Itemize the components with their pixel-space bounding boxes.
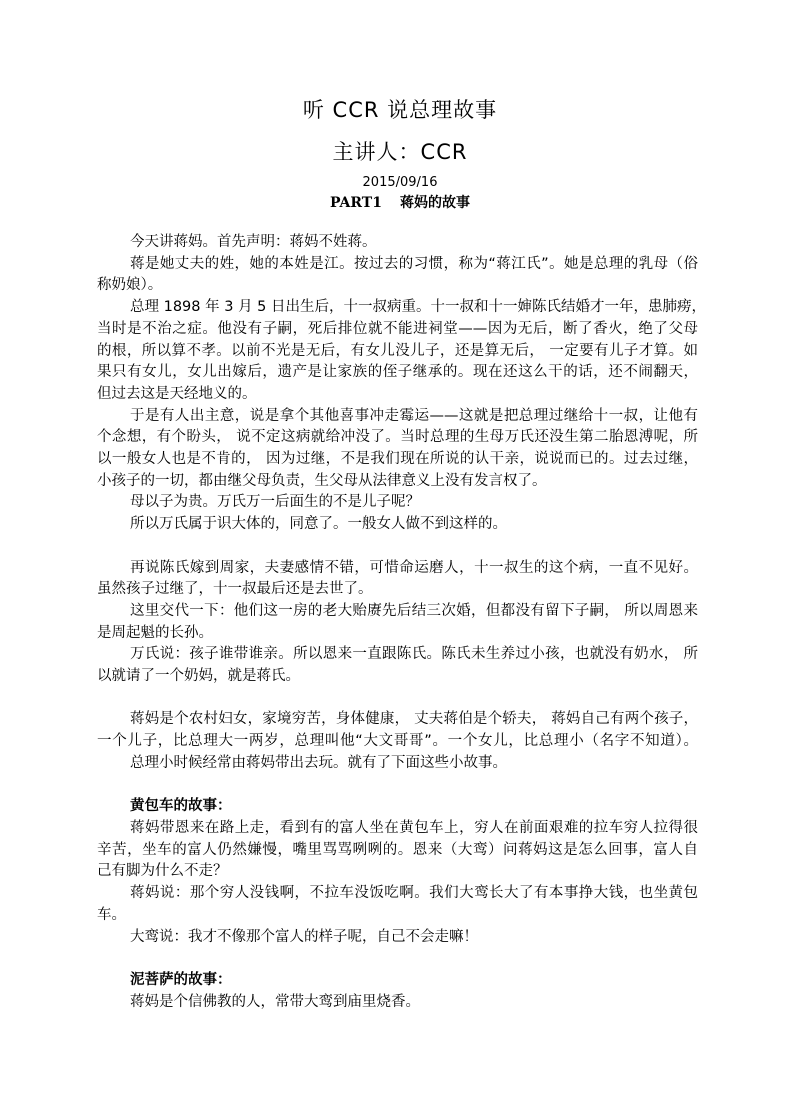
text-line: 一个儿子，比总理大一两岁，总理叫他“大文哥哥”。一个女儿，比总理小（名字不知道）…: [97, 731, 698, 753]
text-line: 今天讲蒋妈。首先声明：蒋妈不姓蒋。: [97, 232, 698, 254]
blank-line: [97, 536, 698, 558]
text-line: 蒋妈是个信佛教的人，常带大鸾到庙里烧香。: [97, 992, 698, 1014]
section-heading: 黄包车的故事：: [97, 796, 698, 818]
text-line: 母以子为贵。万氏万一后面生的不是儿子呢？: [97, 492, 698, 514]
text-line: 总理 1898 年 3 月 5 日出生后，十一叔病重。十一叔和十一婶陈氏结婚才一…: [97, 297, 698, 319]
speaker-line: 主讲人：CCR: [0, 138, 800, 166]
text-line: 以一般女人也是不肯的， 因为过继，不是我们现在所说的认干亲，说说而已的。过去过继…: [97, 449, 698, 471]
part-title: 蒋妈的故事: [400, 195, 470, 211]
text-line: 总理小时候经常由蒋妈带出去玩。就有了下面这些小故事。: [97, 753, 698, 775]
body-text: 今天讲蒋妈。首先声明：蒋妈不姓蒋。蒋是她丈夫的姓，她的本姓是江。按过去的习惯，称…: [97, 232, 698, 1013]
document-page: 听 CCR 说总理故事 主讲人：CCR 2015/09/16 PART1蒋妈的故…: [0, 0, 800, 1100]
blank-line: [97, 688, 698, 710]
text-line: 是周起魁的长孙。: [97, 623, 698, 645]
part-label: PART1: [330, 195, 382, 211]
text-line: 所以万氏属于识大体的，同意了。一般女人做不到这样的。: [97, 514, 698, 536]
text-line: 但过去这是天经地义的。: [97, 384, 698, 406]
text-line: 小孩子的一切，都由继父母负责，生父母从法律意义上没有发言权了。: [97, 471, 698, 493]
text-line: 于是有人出主意，说是拿个其他喜事冲走霉运——这就是把总理过继给十一叔，让他有: [97, 406, 698, 428]
text-line: 万氏说：孩子谁带谁亲。所以恩来一直跟陈氏。陈氏未生养过小孩，也就没有奶水， 所: [97, 644, 698, 666]
text-line: 当时是不治之症。他没有子嗣，死后排位就不能进祠堂——因为无后，断了香火，绝了父母: [97, 319, 698, 341]
text-line: 以就请了一个奶妈，就是蒋氏。: [97, 666, 698, 688]
text-line: 这里交代一下：他们这一房的老大贻赓先后结三次婚，但都没有留下子嗣， 所以周恩来: [97, 601, 698, 623]
text-line: 的根，所以算不孝。以前不光是无后，有女儿没儿子，还是算无后， 一定要有儿子才算。…: [97, 341, 698, 363]
text-line: 虽然孩子过继了，十一叔最后还是去世了。: [97, 579, 698, 601]
text-line: 己有脚为什么不走？: [97, 861, 698, 883]
text-line: 蒋妈是个农村妇女，家境穷苦，身体健康， 丈夫蒋伯是个轿夫， 蒋妈自己有两个孩子，: [97, 709, 698, 731]
text-line: 辛苦，坐车的富人仍然嫌慢，嘴里骂骂咧咧的。恩来（大鸾）问蒋妈这是怎么回事，富人自: [97, 840, 698, 862]
part-heading: PART1蒋妈的故事: [0, 194, 800, 212]
text-line: 车。: [97, 905, 698, 927]
section-heading: 泥菩萨的故事：: [97, 970, 698, 992]
document-title: 听 CCR 说总理故事: [0, 96, 800, 124]
text-line: 果只有女儿，女儿出嫁后，遗产是让家族的侄子继承的。现在还这么干的话，还不闹翻天，: [97, 362, 698, 384]
document-date: 2015/09/16: [0, 174, 800, 192]
text-line: 蒋妈说：那个穷人没钱啊，不拉车没饭吃啊。我们大鸾长大了有本事挣大钱，也坐黄包: [97, 883, 698, 905]
text-line: 大鸾说：我才不像那个富人的样子呢，自己不会走嘛！: [97, 927, 698, 949]
text-line: 个念想，有个盼头， 说不定这病就给冲没了。当时总理的生母万氏还没生第二胎恩溥呢，…: [97, 427, 698, 449]
text-line: 蒋是她丈夫的姓，她的本姓是江。按过去的习惯，称为“蒋江氏”。她是总理的乳母（俗: [97, 254, 698, 276]
blank-line: [97, 775, 698, 797]
blank-line: [97, 948, 698, 970]
text-line: 蒋妈带恩来在路上走，看到有的富人坐在黄包车上，穷人在前面艰难的拉车穷人拉得很: [97, 818, 698, 840]
text-line: 称奶娘）。: [97, 275, 698, 297]
text-line: 再说陈氏嫁到周家，夫妻感情不错，可惜命运磨人，十一叔生的这个病，一直不见好。: [97, 558, 698, 580]
